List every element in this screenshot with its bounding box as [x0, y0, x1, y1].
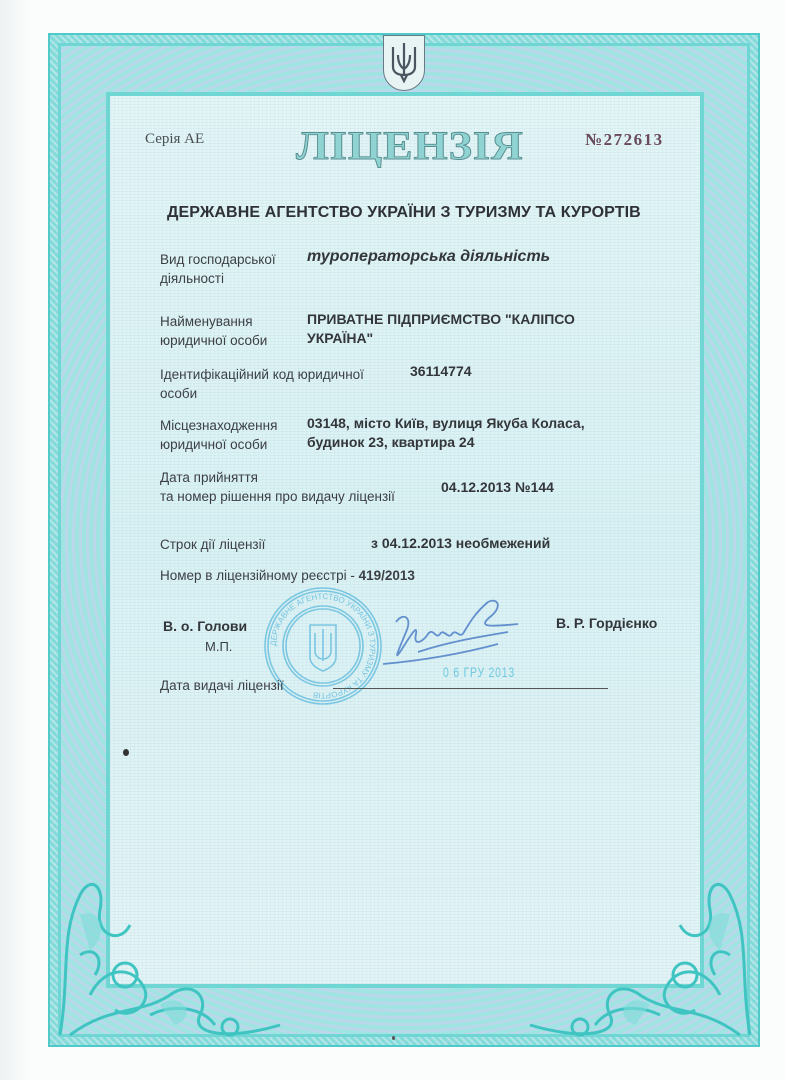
- scan-speck: [392, 1036, 395, 1040]
- document-title: ЛІЦЕНЗІЯ: [296, 122, 524, 169]
- registry-line: Номер в ліцензійному реєстрі - 419/2013: [160, 566, 415, 585]
- seal-place-label: М.П.: [205, 637, 232, 656]
- location-label-line1: Місцезнаходження: [160, 416, 277, 435]
- decision-value: 04.12.2013 №144: [441, 478, 554, 497]
- activity-label: Вид господарської діяльності: [160, 250, 276, 288]
- trident-coat-of-arms-icon: [383, 35, 425, 91]
- validity-label: Строк дії ліцензії: [160, 535, 265, 554]
- entity-name-value-line1: ПРИВАТНЕ ПІДПРИЄМСТВО "КАЛІПСО: [307, 310, 575, 329]
- id-code-value: 36114774: [410, 362, 472, 381]
- entity-name-label-line1: Найменування: [160, 312, 267, 331]
- activity-value: туроператорська діяльність: [307, 247, 550, 266]
- scan-speck: [123, 749, 129, 756]
- position-title: В. о. Голови: [163, 617, 247, 636]
- entity-name-value-line2: УКРАЇНА": [307, 329, 575, 348]
- entity-name-value: ПРИВАТНЕ ПІДПРИЄМСТВО "КАЛІПСО УКРАЇНА": [307, 310, 575, 348]
- signature-icon: [378, 592, 538, 672]
- decision-label-line1: Дата прийняття: [160, 468, 395, 487]
- series-label: Серія АЕ: [145, 131, 204, 148]
- decision-label: Дата прийняття та номер рішення про вида…: [160, 468, 395, 506]
- id-code-label-line1: Ідентифікаційний код юридичної: [160, 365, 364, 384]
- registry-value: 419/2013: [359, 568, 415, 583]
- signatory-name: В. Р. Гордієнко: [556, 614, 657, 633]
- registry-label: Номер в ліцензійному реєстрі -: [160, 568, 359, 583]
- location-label: Місцезнаходження юридичної особи: [160, 416, 277, 454]
- location-value: 03148, місто Київ, вулиця Якуба Коласа, …: [307, 414, 585, 452]
- entity-name-label-line2: юридичної особи: [160, 331, 267, 350]
- validity-value: з 04.12.2013 необмежений: [371, 534, 550, 553]
- issue-date-line: [333, 688, 608, 689]
- floral-ornament-icon: [50, 855, 290, 1045]
- issue-date-label: Дата видачі ліцензії: [160, 676, 284, 695]
- floral-ornament-icon: [520, 855, 760, 1045]
- activity-label-line1: Вид господарської: [160, 250, 276, 269]
- location-value-line1: 03148, місто Київ, вулиця Якуба Коласа,: [307, 414, 585, 433]
- entity-name-label: Найменування юридичної особи: [160, 312, 267, 350]
- license-number: №272613: [585, 130, 664, 150]
- location-label-line2: юридичної особи: [160, 435, 277, 454]
- id-code-label: Ідентифікаційний код юридичної особи: [160, 365, 364, 403]
- activity-label-line2: діяльності: [160, 269, 276, 288]
- id-code-label-line2: особи: [160, 384, 364, 403]
- issuing-agency: ДЕРЖАВНЕ АГЕНТСТВО УКРАЇНИ З ТУРИЗМУ ТА …: [167, 204, 641, 222]
- issue-date-stamp: 0 6 ГРУ 2013: [443, 664, 515, 680]
- location-value-line2: будинок 23, квартира 24: [307, 433, 585, 452]
- decision-label-line2: та номер рішення про видачу ліцензії: [160, 487, 395, 506]
